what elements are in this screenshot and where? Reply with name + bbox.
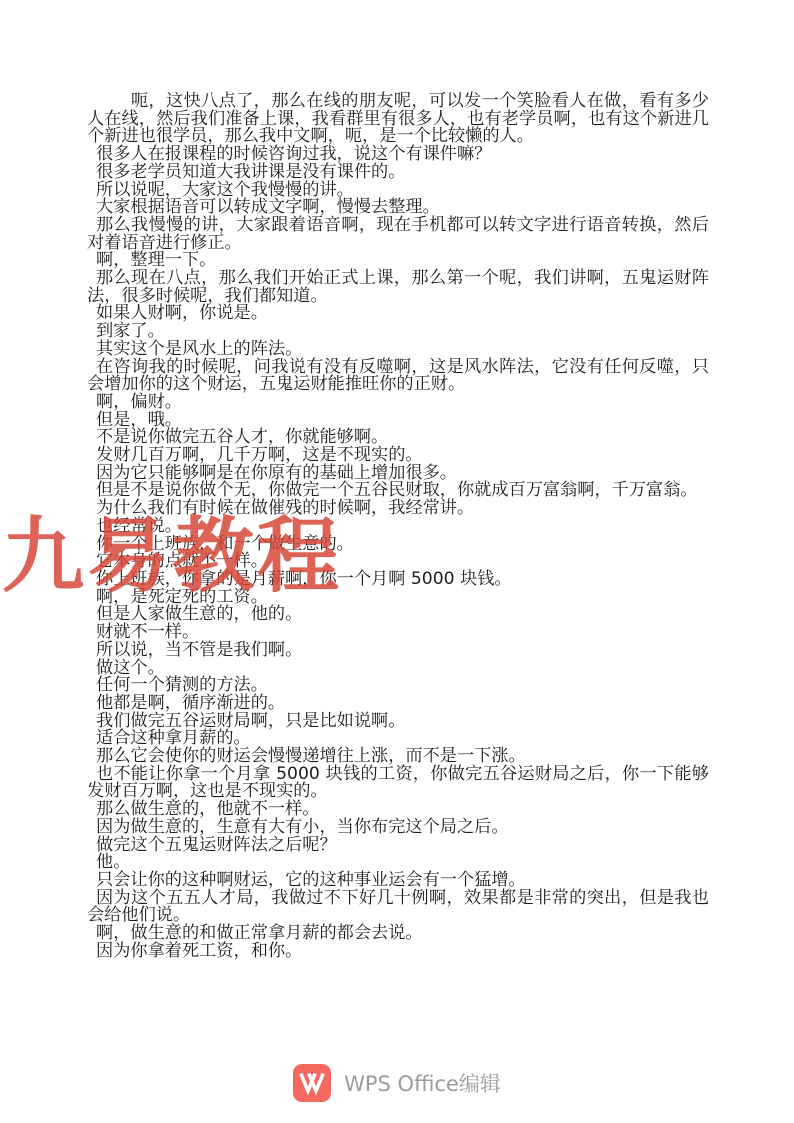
paragraph: 只会让你的这种啊财运，它的这种事业运会有一个猛增。	[87, 872, 709, 890]
paragraph: 呃，这快八点了，那么在线的朋友呢，可以发一个笑脸看人在做，看有多少人在线，然后我…	[87, 93, 709, 146]
document-text: 呃，这快八点了，那么在线的朋友呢，可以发一个笑脸看人在做，看有多少人在线，然后我…	[87, 93, 709, 960]
paragraph: 在咨询我的时候呢，问我说有没有反噬啊，这是风水阵法，它没有任何反噬，只会增加你的…	[87, 359, 709, 394]
document-page: 呃，这快八点了，那么在线的朋友呢，可以发一个笑脸看人在做，看有多少人在线，然后我…	[0, 0, 794, 1123]
paragraph: 如果人财啊，你说是。	[87, 305, 709, 323]
footer-label: WPS Office编辑	[344, 1068, 501, 1098]
paragraph: 也不能让你拿一个月拿 5000 块钱的工资，你做完五谷运财局之后，你一下能够发财…	[87, 766, 709, 801]
paragraph: 也经常说。	[87, 518, 709, 536]
wps-logo-icon	[293, 1064, 331, 1102]
paragraph: 因为做生意的，生意有大有小，当你布完这个局之后。	[87, 819, 709, 837]
paragraph: 啊，偏财。	[87, 394, 709, 412]
paragraph: 很多老学员知道大我讲课是没有课件的。	[87, 164, 709, 182]
paragraph: 所以说，当不管是我们啊。	[87, 642, 709, 660]
footer: WPS Office编辑	[0, 1064, 794, 1102]
paragraph: 他都是啊，循序渐进的。	[87, 695, 709, 713]
paragraph: 因为这个五五人才局，我做过不下好几十例啊，效果都是非常的突出，但是我也会给他们说…	[87, 890, 709, 925]
paragraph: 那么现在八点，那么我们开始正式上课，那么第一个呢，我们讲啊，五鬼运财阵法，很多时…	[87, 270, 709, 305]
paragraph: 因为你拿着死工资，和你。	[87, 943, 709, 961]
paragraph: 做完这个五鬼运财阵法之后呢？	[87, 837, 709, 855]
paragraph: 其实这个是风水上的阵法。	[87, 341, 709, 359]
paragraph: 那么我慢慢的讲，大家跟着语音啊，现在手机都可以转文字进行语音转换，然后对着语音进…	[87, 217, 709, 252]
